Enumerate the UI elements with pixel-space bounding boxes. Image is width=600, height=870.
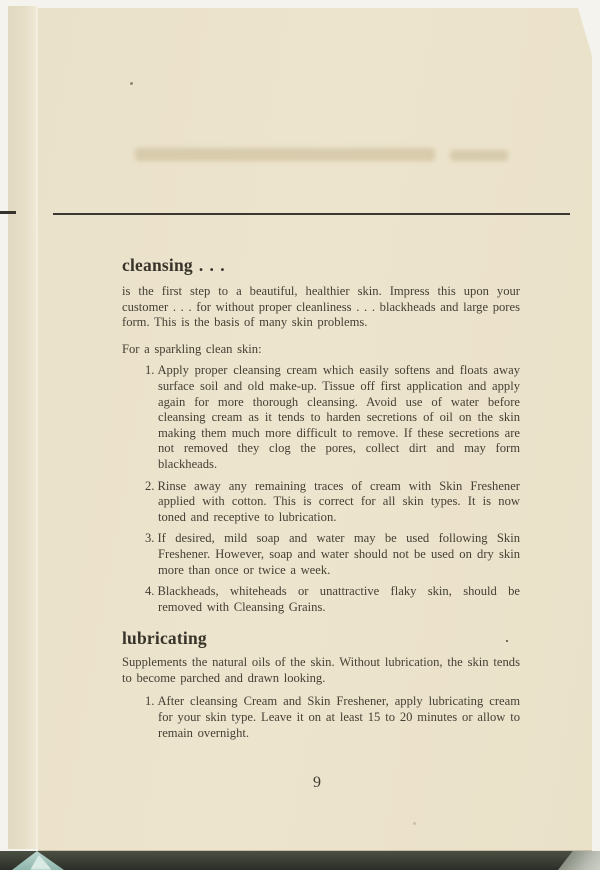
list-item-text: Blackheads, whiteheads or unattractive f… [157,584,520,614]
list-item: 3.If desired, mild soap and water may be… [122,531,520,578]
lubricating-intro-paragraph: Supplements the natural oils of the skin… [122,655,520,686]
list-item-number: 4. [145,584,154,598]
list-item-text: After cleansing Cream and Skin Freshener… [157,694,520,739]
section-heading-cleansing: cleansing . . . [122,256,520,274]
list-item-number: 3. [145,531,154,545]
bottom-right-surface-corner [558,851,600,870]
list-item-number: 1. [145,694,154,708]
list-item: 4.Blackheads, whiteheads or unattractive… [122,584,520,615]
paper-speck [130,82,133,85]
page-number: 9 [118,774,516,792]
list-item-text: If desired, mild soap and water may be u… [157,531,520,576]
show-through-ghost-text [450,150,508,161]
paper-speck [413,822,416,825]
list-item: 1.After cleansing Cream and Skin Freshen… [122,694,520,741]
list-item-text: Rinse away any remaining traces of cream… [157,479,520,524]
list-item-text: Apply proper cleansing cream which easil… [157,363,520,471]
list-item-number: 2. [145,479,154,493]
underlying-page-edge [8,6,38,849]
cleansing-intro-paragraph: is the first step to a beautiful, health… [122,284,520,331]
rule-tick-on-page-edge [0,211,16,214]
horizontal-rule [53,213,570,215]
section-heading-lubricating: lubricating [122,629,520,647]
page-content: cleansing . . . is the first step to a b… [122,256,520,747]
paper-speck [506,640,508,642]
list-item: 1.Apply proper cleansing cream which eas… [122,363,520,472]
list-item: 2.Rinse away any remaining traces of cre… [122,479,520,526]
list-item-number: 1. [145,363,154,377]
scanned-booklet-page: cleansing . . . is the first step to a b… [38,8,592,851]
show-through-ghost-text [135,148,435,161]
cleansing-lead-in: For a sparkling clean skin: [122,342,520,358]
book-cover-edge [0,851,600,870]
